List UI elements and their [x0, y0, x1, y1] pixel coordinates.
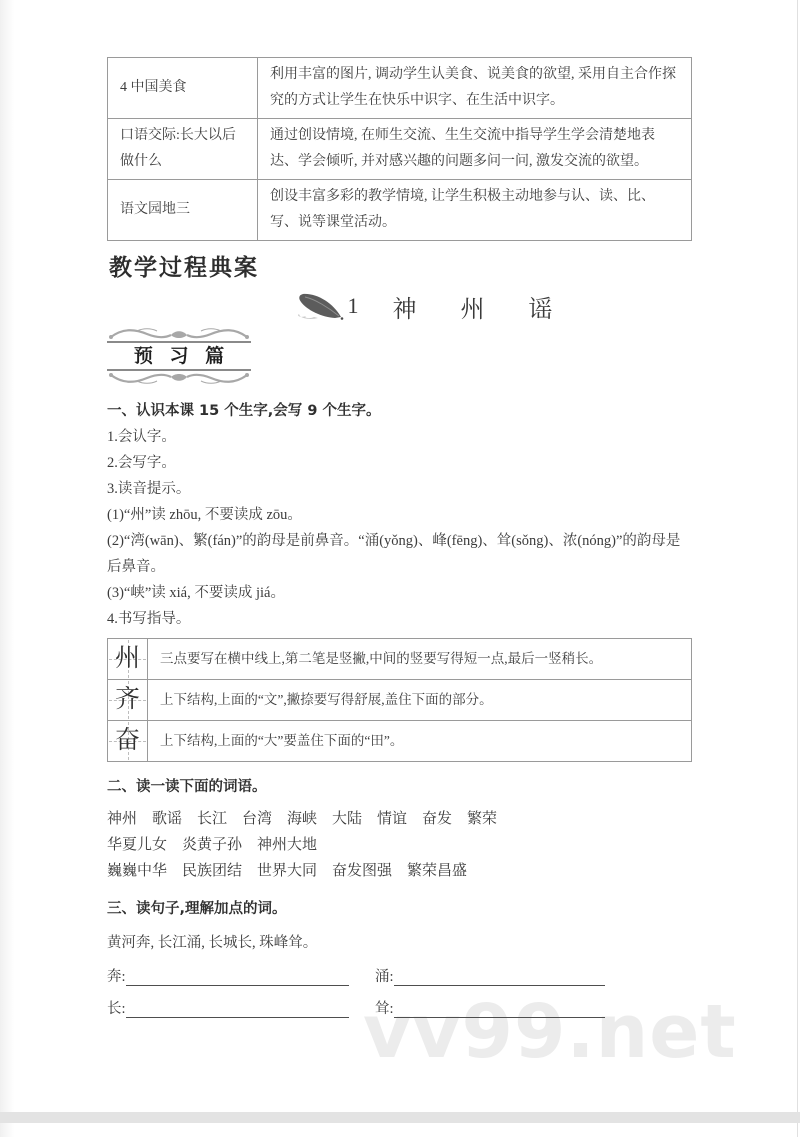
lesson-number: 1 [348, 293, 359, 319]
word-list-row: 巍巍中华 民族团结 世界大同 奋发图强 繁荣昌盛 [107, 858, 692, 884]
blank-label: 长: [107, 996, 126, 1022]
flourish-ornament-bottom [107, 371, 251, 386]
list-item: 1.会认字。 [107, 424, 692, 450]
page-left-edge [0, 0, 14, 1137]
preview-banner: 预 习 篇 [107, 326, 251, 386]
word-list-row: 华夏儿女 炎黄子孙 神州大地 [107, 832, 692, 858]
fill-in-blanks: 奔: 涌: 长: 耸: [107, 964, 692, 1022]
writing-tip-cell: 三点要写在横中线上,第二笔是竖撇,中间的竖要写得短一点,最后一竖稍长。 [148, 639, 692, 680]
writing-tip-cell: 上下结构,上面的“文”,撇捺要写得舒展,盖住下面的部分。 [148, 680, 692, 721]
pronunciation-note: (1)“州”读 zhōu, 不要读成 zōu。 [107, 502, 692, 528]
character-cell: 州 [108, 639, 148, 680]
blank-label: 耸: [375, 996, 394, 1022]
lesson-name: 神 州 谣 [393, 289, 563, 324]
lesson-title: 1 神 州 谣 [163, 289, 692, 323]
unit-overview-table: 4 中国美食 利用丰富的图片, 调动学生认美食、说美食的欲望, 采用自主合作探究… [107, 57, 692, 241]
table-row: 4 中国美食 利用丰富的图片, 调动学生认美食、说美食的欲望, 采用自主合作探究… [108, 58, 692, 119]
answer-line [126, 976, 349, 986]
answer-line [394, 976, 605, 986]
banner-label: 预 习 篇 [107, 341, 251, 371]
writing-tip-cell: 上下结构,上面的“大”要盖住下面的“田”。 [148, 721, 692, 762]
table-row: 语文园地三 创设丰富多彩的教学情境, 让学生积极主动地参与认、读、比、写、说等课… [108, 180, 692, 241]
page-content: 4 中国美食 利用丰富的图片, 调动学生认美食、说美食的欲望, 采用自主合作探究… [107, 57, 692, 1022]
blank-item: 奔: [107, 964, 349, 990]
blank-item: 长: [107, 996, 349, 1022]
table-row: 奋 上下结构,上面的“大”要盖住下面的“田”。 [108, 721, 692, 762]
character-glyph: 齐 [115, 686, 140, 713]
section-1-heading: 一、认识本课 15 个生字,会写 9 个生字。 [107, 398, 692, 424]
list-item: 2.会写字。 [107, 450, 692, 476]
section-2-heading: 二、读一读下面的词语。 [107, 774, 692, 800]
blank-item: 涌: [375, 964, 605, 990]
table-row: 齐 上下结构,上面的“文”,撇捺要写得舒展,盖住下面的部分。 [108, 680, 692, 721]
pronunciation-note: (3)“峡”读 xiá, 不要读成 jiá。 [107, 580, 692, 606]
blank-item: 耸: [375, 996, 605, 1022]
flourish-ornament-top [107, 326, 251, 341]
answer-line [126, 1008, 349, 1018]
character-cell: 齐 [108, 680, 148, 721]
page-separator [0, 1112, 800, 1123]
table-row: 口语交际:长大以后做什么 通过创设情境, 在师生交流、生生交流中指导学生学会清楚… [108, 119, 692, 180]
list-item: 3.读音提示。 [107, 476, 692, 502]
pronunciation-note: (2)“湾(wān)、繁(fán)”的韵母是前鼻音。“涌(yǒng)、峰(fēn… [107, 528, 692, 580]
document-page: vv99.net 4 中国美食 利用丰富的图片, 调动学生认美食、说美食的欲望,… [0, 0, 800, 1137]
table-row: 州 三点要写在横中线上,第二笔是竖撇,中间的竖要写得短一点,最后一竖稍长。 [108, 639, 692, 680]
word-list-row: 神州 歌谣 长江 台湾 海峡 大陆 情谊 奋发 繁荣 [107, 806, 692, 832]
lesson-desc-cell: 通过创设情境, 在师生交流、生生交流中指导学生学会清楚地表达、学会倾听, 并对感… [258, 119, 692, 180]
lesson-desc-cell: 利用丰富的图片, 调动学生认美食、说美食的欲望, 采用自主合作探究的方式让学生在… [258, 58, 692, 119]
character-glyph: 州 [115, 645, 140, 672]
blank-label: 奔: [107, 964, 126, 990]
character-cell: 奋 [108, 721, 148, 762]
lesson-name-cell: 口语交际:长大以后做什么 [108, 119, 258, 180]
feather-icon [293, 291, 345, 321]
page-right-edge [797, 0, 798, 1137]
section-3-heading: 三、读句子,理解加点的词。 [107, 896, 692, 922]
chapter-heading: 教学过程典案 [109, 255, 692, 281]
lesson-desc-cell: 创设丰富多彩的教学情境, 让学生积极主动地参与认、读、比、写、说等课堂活动。 [258, 180, 692, 241]
example-sentence: 黄河奔, 长江涌, 长城长, 珠峰耸。 [107, 930, 692, 956]
lesson-name-cell: 4 中国美食 [108, 58, 258, 119]
lesson-name-cell: 语文园地三 [108, 180, 258, 241]
answer-line [394, 1008, 605, 1018]
character-glyph: 奋 [115, 727, 140, 754]
list-item: 4.书写指导。 [107, 606, 692, 632]
blank-label: 涌: [375, 964, 394, 990]
writing-guide-table: 州 三点要写在横中线上,第二笔是竖撇,中间的竖要写得短一点,最后一竖稍长。 齐 … [107, 638, 692, 762]
